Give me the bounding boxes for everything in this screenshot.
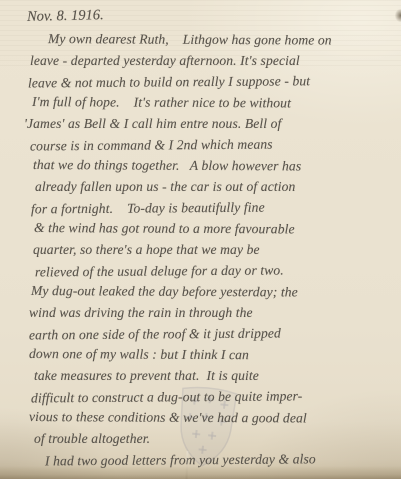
letter-line: vious to these conditions & we've had a … (29, 406, 401, 429)
letter-line: that we do things together. A blow howev… (33, 154, 401, 177)
letter-line: already fallen upon us - the car is out … (35, 176, 401, 197)
letter-line: difficult to construct a dug-out to be q… (31, 385, 401, 409)
letter-line: leave - departed yesterday afternoon. It… (30, 50, 401, 71)
letter-body: My own dearest Ruth, Lithgow has gone ho… (0, 29, 401, 470)
letter-line: I'm full of hope. It's rather nice to be… (32, 91, 401, 114)
letter-line: relieved of the usual deluge for a day o… (35, 259, 401, 283)
letter-date: Nov. 8. 1916. (27, 7, 104, 26)
letter-line: wind was driving the rain in through the (29, 302, 401, 323)
letter-line: My dug-out leaked the day before yesterd… (31, 280, 401, 303)
letter-line: earth on one side of the roof & it just … (29, 322, 401, 346)
letter-line: take measures to prevent that. It is qui… (34, 365, 401, 386)
letter-line: & the wind has got round to a more favou… (34, 217, 401, 240)
letter-page: Nov. 8. 1916. My own dearest Ruth, Lithg… (0, 0, 401, 479)
letter-line: My own dearest Ruth, Lithgow has gone ho… (48, 28, 401, 51)
letter-line: 'James' as Bell & I call him entre nous.… (24, 113, 401, 134)
letter-line: down one of my walls : but I think I can (29, 343, 401, 366)
paper-bottom-shadow (0, 466, 401, 479)
letter-line: for a fortnight. To-day is beautifully f… (31, 196, 401, 220)
letter-line: course is in command & I 2nd which means (30, 133, 401, 157)
letter-line: quarter, so there's a hope that we may b… (33, 239, 401, 260)
edge-mark (395, 9, 401, 22)
letter-line: of trouble altogether. (34, 428, 401, 449)
letter-line: leave & not much to build on really I su… (28, 70, 401, 94)
